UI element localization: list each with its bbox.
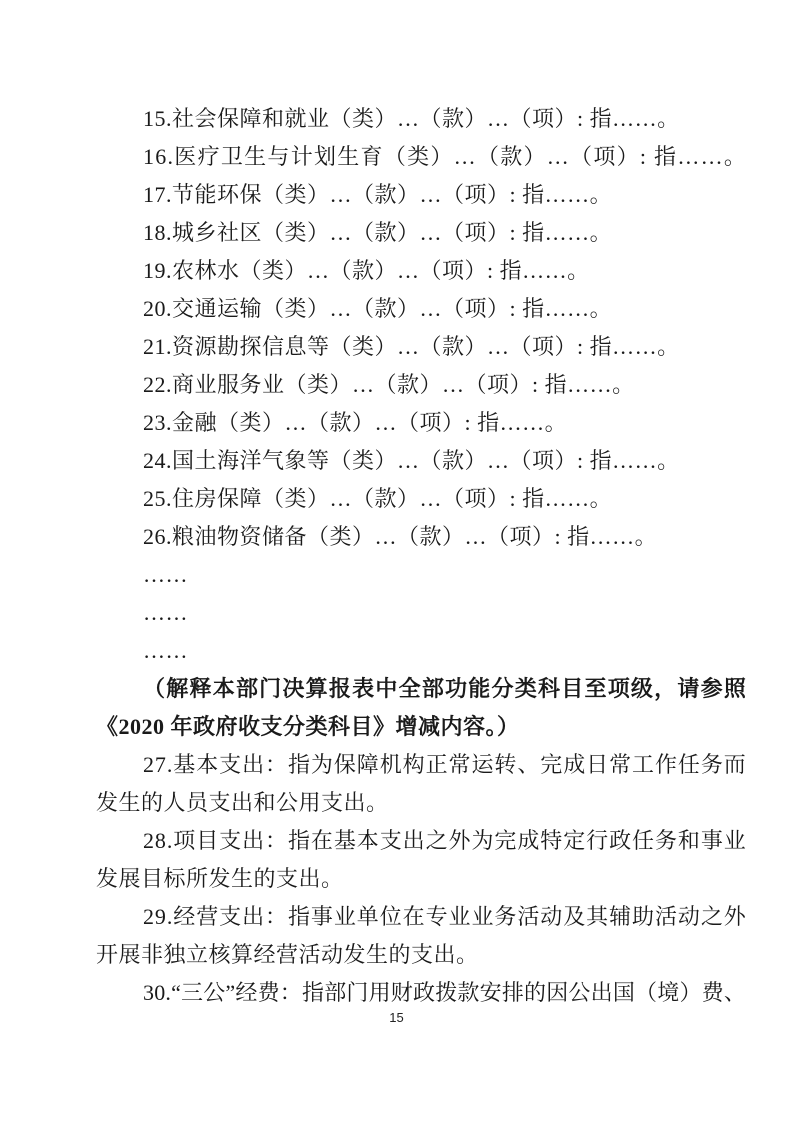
- ellipsis-line-1: ……: [96, 556, 746, 594]
- list-item-21: 21.资源勘探信息等（类）…（款）…（项）: 指……。: [96, 328, 746, 366]
- note-line-2: 《2020 年政府收支分类科目》增减内容。）: [96, 708, 746, 746]
- ellipsis-line-3: ……: [96, 632, 746, 670]
- ellipsis-line-2: ……: [96, 594, 746, 632]
- document-page: 15.社会保障和就业（类）…（款）…（项）: 指……。16.医疗卫生与计划生育（…: [0, 0, 793, 1122]
- list-item-17: 17.节能环保（类）…（款）…（项）: 指……。: [96, 176, 746, 214]
- paragraph-27-line-1: 27.基本支出：指为保障机构正常运转、完成日常工作任务而: [96, 746, 746, 784]
- paragraph-30-line-1: 30.“三公”经费：指部门用财政拨款安排的因公出国（境）费、: [96, 974, 746, 1012]
- list-item-25: 25.住房保障（类）…（款）…（项）: 指……。: [96, 480, 746, 518]
- paragraph-27-line-2: 发生的人员支出和公用支出。: [96, 784, 746, 822]
- list-item-22: 22.商业服务业（类）…（款）…（项）: 指……。: [96, 366, 746, 404]
- list-item-24: 24.国土海洋气象等（类）…（款）…（项）: 指……。: [96, 442, 746, 480]
- paragraph-28-line-1: 28.项目支出：指在基本支出之外为完成特定行政任务和事业: [96, 822, 746, 860]
- paragraph-28-line-2: 发展目标所发生的支出。: [96, 860, 746, 898]
- list-item-18: 18.城乡社区（类）…（款）…（项）: 指……。: [96, 214, 746, 252]
- paragraph-29-line-1: 29.经营支出：指事业单位在专业业务活动及其辅助活动之外: [96, 898, 746, 936]
- list-item-23: 23.金融（类）…（款）…（项）: 指……。: [96, 404, 746, 442]
- list-item-16: 16.医疗卫生与计划生育（类）…（款）…（项）: 指……。: [96, 138, 746, 176]
- list-item-19: 19.农林水（类）…（款）…（项）: 指……。: [96, 252, 746, 290]
- note-line-1: （解释本部门决算报表中全部功能分类科目至项级，请参照: [96, 670, 746, 708]
- paragraph-29-line-2: 开展非独立核算经营活动发生的支出。: [96, 936, 746, 974]
- page-number: 15: [0, 1010, 793, 1026]
- list-item-26: 26.粮油物资储备（类）…（款）…（项）: 指……。: [96, 518, 746, 556]
- list-item-20: 20.交通运输（类）…（款）…（项）: 指……。: [96, 290, 746, 328]
- document-content: 15.社会保障和就业（类）…（款）…（项）: 指……。16.医疗卫生与计划生育（…: [96, 100, 746, 1012]
- list-item-15: 15.社会保障和就业（类）…（款）…（项）: 指……。: [96, 100, 746, 138]
